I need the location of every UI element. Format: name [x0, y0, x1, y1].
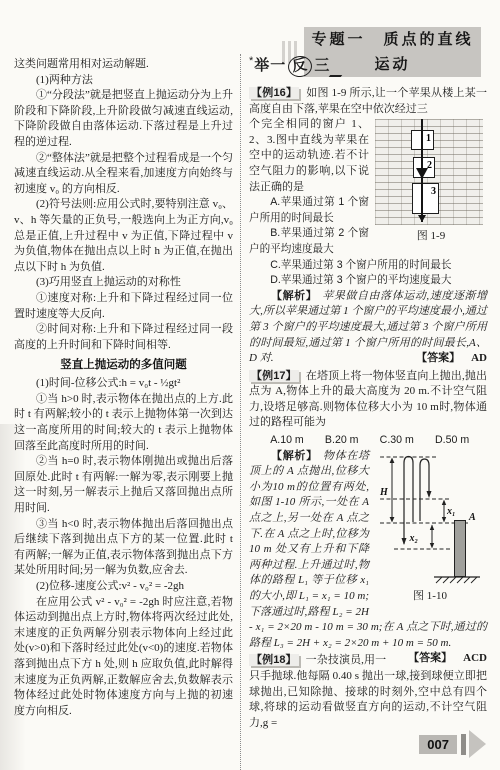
- down-arrow-icon: [416, 168, 428, 179]
- para-displacement-velocity-note: 在应用公式 v² - v₀² = -2gh 时应注意,若物体运动到抛出点上方时,…: [14, 595, 233, 720]
- answer-value: ACD: [463, 652, 487, 664]
- window-3-number: 3: [431, 186, 436, 197]
- right-column: * 举一反三 【例16】如图 1-9 所示,让一个苹果从楼上某一高度自由下落,苹…: [249, 55, 487, 731]
- para-case-h-negative: ③当 h<0 时,表示物体抛出后落回抛出点后继续下落到抛出点下方的某一位置.此时…: [14, 517, 233, 579]
- logo-part3: 三: [314, 57, 330, 74]
- para-continued: 这类问题常用相对运动解题.: [14, 57, 233, 73]
- example16-option-c: C.苹果通过第 3 个窗户所用的时间最长: [249, 258, 487, 274]
- analysis-label: 【解析】: [271, 450, 318, 462]
- para-segment-method: ①“分段法”就是把竖直上抛运动分为上升阶段和下降阶段,上升阶段做匀减速直线运动,…: [14, 88, 233, 150]
- flower-icon: *: [249, 56, 253, 66]
- example16-option-d: D.苹果通过第 3 个窗户的平均速度最大: [249, 273, 487, 289]
- brick-wall-diagram: 1 2 3: [375, 119, 483, 225]
- subsection-heading: 竖直上抛运动的多值问题: [14, 357, 233, 373]
- page-footer: 007: [419, 730, 486, 758]
- answer-label: 【答案】: [416, 352, 460, 364]
- logo-part1: 举一: [254, 57, 286, 74]
- answer-label: 【答案】: [408, 652, 452, 664]
- footer-decor-bar: [461, 734, 466, 755]
- para-displacement-velocity-formula: (2)位移-速度公式:v² - v₀² = -2gh: [14, 579, 233, 595]
- label-x2: x₂: [409, 533, 419, 544]
- ground-hatching: [436, 577, 477, 583]
- example16-analysis: 【解析】苹果做自由落体运动,速度逐渐增大,所以苹果通过第 1 个窗户的平均速度最…: [249, 289, 487, 367]
- answer-block: 【答案】ACD: [386, 651, 487, 667]
- figure-1-10-caption: 图 1-10: [373, 590, 487, 603]
- example16-label: 【例16】: [249, 87, 299, 99]
- example16-body: 1 2 3 图 1-9 个完全相同的窗户 1、2、3.图中直线为苹果在空中的运动…: [249, 117, 487, 367]
- logo-swoosh: [329, 66, 350, 77]
- example17-stem: 【例17】在塔顶上将一物体竖直向上抛出,抛出点为 A,物体上升的最大高度为 20…: [249, 369, 487, 431]
- example18-label: 【例18】: [249, 654, 299, 666]
- figure-1-9-caption: 图 1-9: [375, 230, 487, 243]
- logo-circled-char: 反: [287, 54, 314, 78]
- para-case-h-zero: ②当 h=0 时,表示物体刚抛出或抛出后落回原处.此时 t 有两解:一解为零,表…: [14, 454, 233, 516]
- label-x1: x₁: [446, 506, 456, 517]
- figure-1-10: H x₁ x₂ A 图 1-10: [373, 449, 487, 603]
- answer-block: 【答案】AD: [394, 351, 487, 367]
- para-two-methods: (1)两种方法: [14, 73, 233, 89]
- para-case-h-positive: ①当 h>0 时,表示物体在抛出点的上方.此时 t 有两解;较小的 t 表示上抛…: [14, 392, 233, 454]
- example17-label: 【例17】: [249, 370, 299, 382]
- example16-stem-start: 【例16】如图 1-9 所示,让一个苹果从楼上某一高度自由下落,苹果在空中依次经…: [249, 86, 487, 117]
- down-arrow-icon: [418, 215, 426, 222]
- para-sign-rule: (2)符号法则:应用公式时,要特别注意 v₀、v、h 等矢量的正负号,一般选向上…: [14, 197, 233, 275]
- practice-section-logo: * 举一反三: [249, 56, 487, 77]
- page-number: 007: [419, 735, 457, 754]
- para-velocity-symmetry: ①速度对称:上升和下降过程经过同一位置时速度等大反向.: [14, 291, 233, 322]
- analysis-label: 【解析】: [271, 290, 317, 302]
- figure-1-9: 1 2 3 图 1-9: [375, 119, 487, 243]
- page-turn-arrow-icon: [469, 730, 486, 758]
- answer-value: AD: [471, 352, 487, 364]
- column-divider: [240, 54, 241, 770]
- window-3: 3: [412, 183, 439, 214]
- para-whole-method: ②“整体法”就是把整个过程看成是一个匀减速直线运动.从全程来看,加速度方向始终与…: [14, 151, 233, 198]
- left-column: 这类问题常用相对运动解题. (1)两种方法 ①“分段法”就是把竖直上抛运动分为上…: [14, 57, 233, 719]
- logo-text: 举一反三: [254, 56, 330, 77]
- example17-analysis-block: H x₁ x₂ A 图 1-10 【解析】物体在塔顶上的 A 点抛出,位移大小为…: [249, 449, 487, 652]
- example17-options: A.10 m B.20 m C.30 m D.50 m: [249, 433, 487, 449]
- window-1-number: 1: [426, 133, 431, 144]
- trajectory-lines: [404, 456, 429, 544]
- label-H: H: [379, 487, 389, 498]
- para-symmetry: (3)巧用竖直上抛运动的对称性: [14, 275, 233, 291]
- dimension-lines: [392, 459, 444, 547]
- label-A: A: [468, 512, 476, 523]
- tower-throw-diagram: H x₁ x₂ A: [376, 449, 484, 585]
- tower: [455, 520, 466, 576]
- para-time-symmetry: ②时间对称:上升和下降过程经过同一段高度的上升时间和下降时间相等.: [14, 322, 233, 353]
- para-time-displacement-formula: (1)时间-位移公式:h = v₀t - ½gt²: [14, 376, 233, 392]
